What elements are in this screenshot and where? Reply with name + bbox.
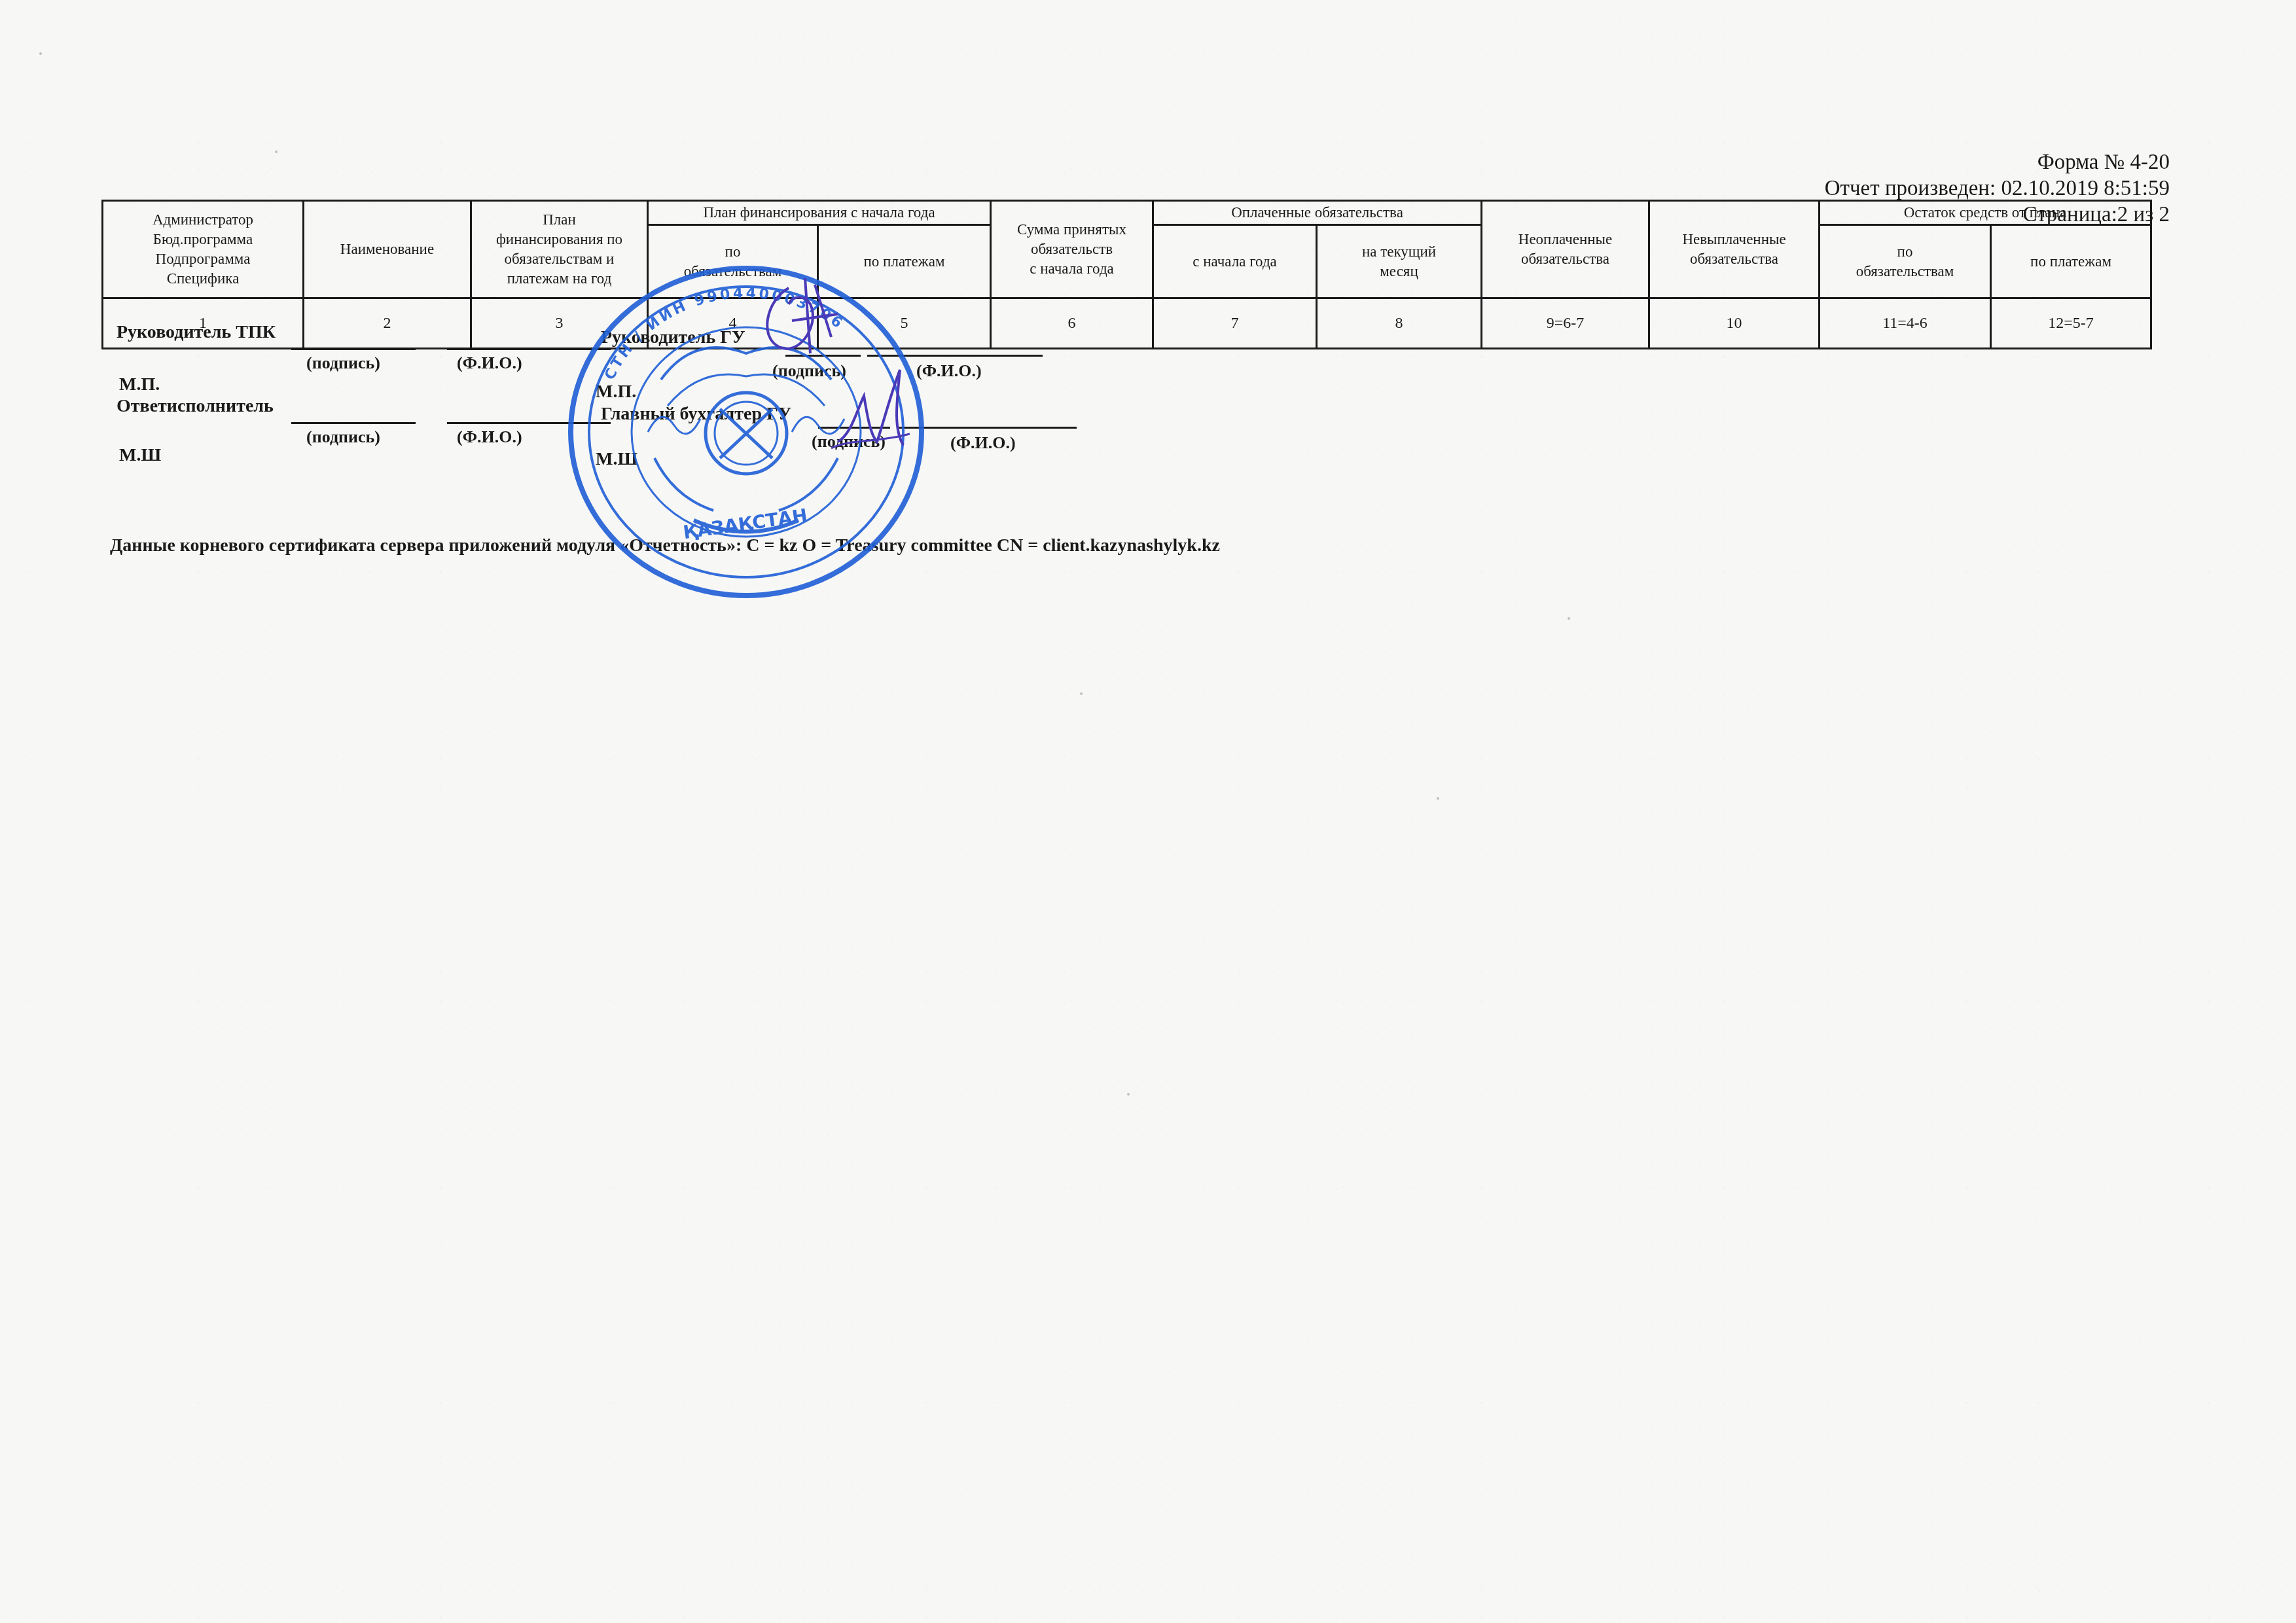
scan-speck (1080, 692, 1083, 695)
column-number-row: 1 2 3 4 5 6 7 8 9=6-7 10 11=4-6 12=5-7 (103, 298, 2151, 349)
stamp-place-mark: М.Ш (596, 449, 637, 470)
header-administrator: Администратор Бюд.программа Подпрограмма… (103, 201, 304, 298)
header-outstanding: Невыплаченные обязательства (1649, 201, 1820, 298)
head-gu-name-line (867, 355, 1043, 357)
header-row-1: Администратор Бюд.программа Подпрограмма… (103, 201, 2151, 225)
scan-speck (39, 52, 42, 55)
header-paid-month: на текущий месяц (1317, 225, 1482, 298)
signature-caption: (подпись) (306, 353, 380, 373)
column-number: 9=6-7 (1482, 298, 1649, 349)
scan-speck (275, 151, 278, 153)
header-remainder-obligations: по обязательствам (1820, 225, 1991, 298)
header-accepted-obligations: Сумма принятых обязательств с начала год… (991, 201, 1153, 298)
financing-report-table: Администратор Бюд.программа Подпрограмма… (101, 200, 2152, 349)
header-unpaid: Неоплаченные обязательства (1482, 201, 1649, 298)
executor-signature-line (291, 422, 416, 424)
column-number: 12=5-7 (1991, 298, 2151, 349)
column-number: 6 (991, 298, 1153, 349)
name-caption: (Ф.И.О.) (916, 361, 982, 381)
header-group-remainder: Остаток средств от плана (1820, 201, 2151, 225)
header-paid-ytd: с начала года (1153, 225, 1317, 298)
signature-caption: (подпись) (812, 432, 886, 452)
name-caption: (Ф.И.О.) (950, 433, 1016, 453)
chief-accountant-name-line (897, 427, 1077, 429)
stamp-place-mark: М.П. (119, 374, 160, 395)
header-name: Наименование (304, 201, 471, 298)
head-tpk-label: Руководитель ТПК (117, 322, 276, 343)
header-annual-plan: План финансирования по обязательствам и … (471, 201, 648, 298)
executor-name-line (447, 422, 611, 424)
column-number: 10 (1649, 298, 1820, 349)
executor-label: Ответисполнитель (117, 396, 274, 417)
header-group-plan-ytd: План финансирования с начала года (648, 201, 991, 225)
stamp-place-mark: М.Ш (119, 445, 161, 466)
header-plan-payments: по платежам (818, 225, 991, 298)
name-caption: (Ф.И.О.) (457, 353, 522, 373)
chief-accountant-signature-line (818, 427, 890, 429)
chief-accountant-label: Главный бухгалтер ГУ (601, 404, 791, 425)
form-number: Форма № 4-20 (1825, 149, 2170, 175)
head-tpk-name-line (447, 348, 611, 350)
column-number: 11=4-6 (1820, 298, 1991, 349)
header-remainder-payments: по платежам (1991, 225, 2151, 298)
head-gu-label: Руководитель ГУ (601, 327, 745, 348)
column-number: 7 (1153, 298, 1317, 349)
root-certificate-info: Данные корневого сертификата сервера при… (110, 535, 1220, 556)
head-gu-signature-line (785, 355, 861, 357)
report-generated-date: Отчет произведен: 02.10.2019 8:51:59 (1825, 175, 2170, 202)
stamp-place-mark: М.П. (596, 382, 636, 402)
signature-caption: (подпись) (772, 361, 846, 381)
scan-speck (1568, 617, 1570, 620)
column-number: 5 (818, 298, 991, 349)
header-plan-obligations: по обязательствам (648, 225, 818, 298)
signature-caption: (подпись) (306, 427, 380, 447)
name-caption: (Ф.И.О.) (457, 427, 522, 447)
head-tpk-signature-line (291, 348, 416, 350)
column-number: 2 (304, 298, 471, 349)
scan-speck (1437, 797, 1439, 800)
column-number: 8 (1317, 298, 1482, 349)
header-group-paid: Оплаченные обязательства (1153, 201, 1482, 225)
scan-speck (1127, 1093, 1130, 1096)
